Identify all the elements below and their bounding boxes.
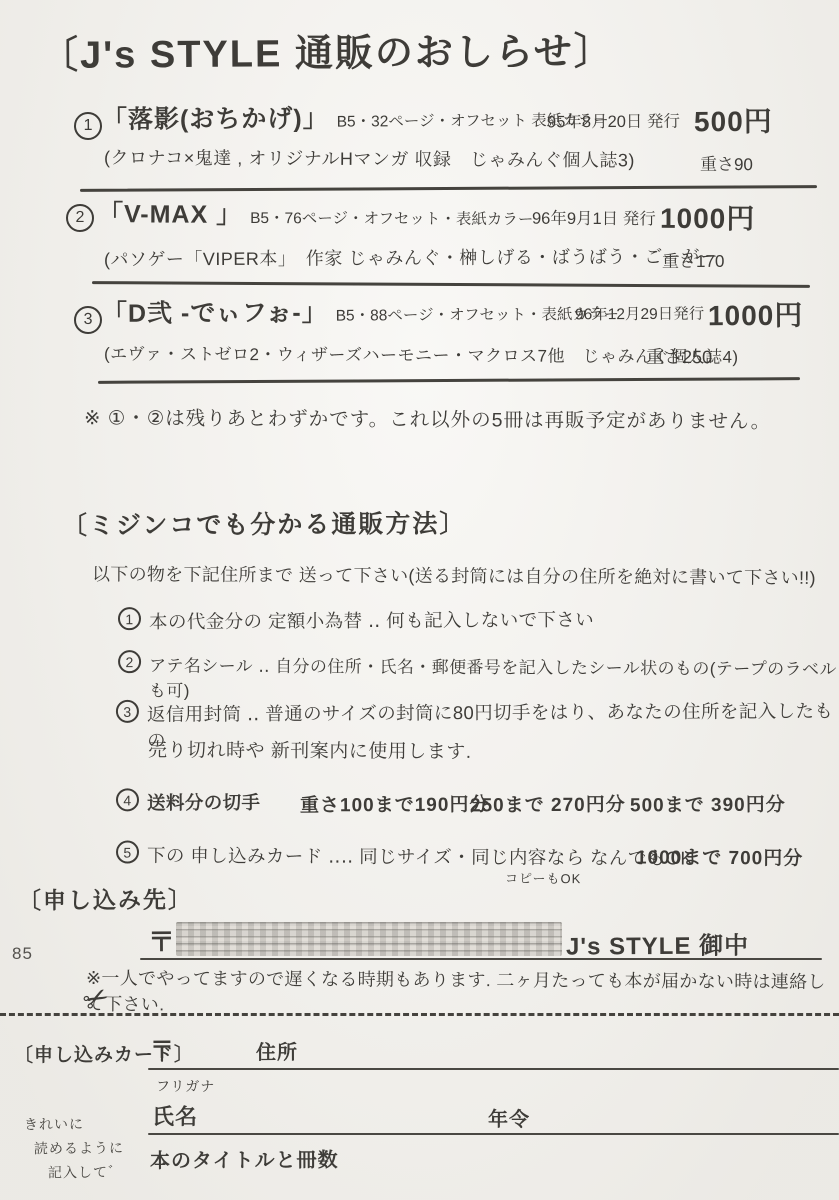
postage-tier: 500まで 390円分 (630, 790, 786, 818)
divider (98, 377, 800, 384)
scanned-page: 〔J's STYLE 通販のおしらせ〕 1 「落影(おちかげ)」B5・32ページ… (0, 0, 839, 1200)
margin-note-line: きれいに (24, 1114, 84, 1135)
book-weight: 重さ170 (662, 247, 725, 272)
book-price: 500円 (694, 100, 773, 140)
book-title: 「D弐 -でぃフぉ-」 (102, 299, 328, 328)
step-number-badge: 2 (118, 650, 141, 673)
item-number-badge: 1 (74, 112, 102, 140)
book-detail: (パソゲー「VIPER本」 作家 じゃみんぐ・榊しげる・ばうばう・ごーがー (104, 242, 718, 271)
copy-note: コピーもOK (505, 868, 581, 887)
book-weight: 重さ250 (646, 343, 712, 369)
book-date: 96年12月29日発行 (575, 302, 704, 325)
item-number: 3 (83, 311, 92, 329)
page-number: 85 (12, 944, 33, 964)
divider (80, 185, 817, 192)
book-price: 1000円 (660, 197, 756, 237)
margin-note-line: 記入して゛ (48, 1162, 123, 1183)
page-title: 〔J's STYLE 通販のおしらせ〕 (40, 20, 614, 79)
card-line-address (148, 1068, 839, 1070)
card-address-label: 住所 (256, 1036, 298, 1065)
item-number: 1 (83, 117, 92, 135)
item-number-badge: 2 (66, 204, 94, 232)
book-title: 「落影(おちかげ)」 (102, 105, 329, 134)
step-text: 本の代金分の 定額小為替 ‥ 何も記入しないで下さい (149, 605, 594, 634)
book-weight: 重さ90 (700, 150, 753, 175)
postage-tier: 重さ100まで190円分 (300, 790, 490, 818)
book-specs: B5・76ページ・オフセット・表紙カラー (250, 210, 533, 228)
book-detail: (エヴァ・ストゼロ2・ウィザーズハーモニー・マクロス7他 じゃみんぐ個人誌4) (104, 339, 739, 367)
card-furigana-label: フリガナ (156, 1076, 215, 1096)
address-underline (140, 958, 822, 960)
step-number-badge: 5 (116, 840, 139, 863)
step-number-badge: 1 (118, 607, 141, 630)
redacted-address (176, 922, 562, 956)
step-number: 4 (123, 792, 131, 808)
howto-heading: 〔ミジンコでも分かる通販方法〕 (62, 504, 467, 542)
howto-step: 4 送料分の切手 (116, 788, 261, 816)
step-number-badge: 3 (116, 700, 139, 723)
margin-note-line: 読めるように (34, 1138, 124, 1159)
step-text: 下の 申し込みカード ‥‥ 同じサイズ・同じ内容なら なんでもOK (147, 841, 693, 871)
apply-to-heading: 〔申し込み先〕 (18, 882, 193, 916)
delay-note: ※一人でやってますので遅くなる時期もあります. 二ヶ月たっても本が届かない時は連… (86, 964, 839, 1020)
step-number: 5 (123, 844, 131, 860)
step-text: 送料分の切手 (147, 788, 261, 816)
stock-note: ※ ①・②は残りあとわずかです。これ以外の5冊は再販予定がありません。 (84, 402, 771, 434)
card-name-label: 氏名 (152, 1100, 198, 1131)
scissors-icon: ✂ (84, 982, 109, 1017)
cut-line (0, 1013, 839, 1016)
card-books-label: 本のタイトルと冊数 (150, 1144, 339, 1174)
step-number: 3 (123, 703, 131, 719)
card-age-label: 年令 (488, 1103, 530, 1132)
divider (92, 281, 810, 288)
book-title: 「V-MAX 」 (98, 200, 242, 229)
recipient: J's STYLE 御中 (566, 926, 749, 962)
step-number: 2 (125, 654, 133, 670)
item-number: 2 (75, 209, 84, 227)
postal-mark: 〒 (148, 920, 175, 959)
step-continuation: 売り切れ時や 新刊案内に使用します. (148, 735, 472, 764)
howto-intro: 以下の物を下記住所まで 送って下さい(送る封筒には自分の住所を絶対に書いて下さい… (92, 560, 816, 590)
postage-tier: 250まで 270円分 (470, 790, 626, 818)
book-date: 95年8月20日 発行 (547, 108, 680, 133)
card-line-name (148, 1133, 839, 1135)
postage-tier: 1000まで 700円分 (636, 843, 803, 871)
book-detail: (クロナコ×鬼達 , オリジナルHマンガ 収録 じゃみんぐ個人誌3) (104, 144, 635, 173)
step-number-badge: 4 (116, 788, 139, 811)
step-number: 1 (125, 611, 133, 627)
howto-step: 5 下の 申し込みカード ‥‥ 同じサイズ・同じ内容なら なんでもOK (116, 840, 693, 870)
book-price: 1000円 (708, 294, 804, 334)
book-date: 96年9月1日 発行 (532, 205, 656, 230)
item-number-badge: 3 (74, 306, 102, 334)
card-postal-label: 〒 (150, 1030, 175, 1065)
howto-step: 1 本の代金分の 定額小為替 ‥ 何も記入しないで下さい (118, 605, 594, 634)
